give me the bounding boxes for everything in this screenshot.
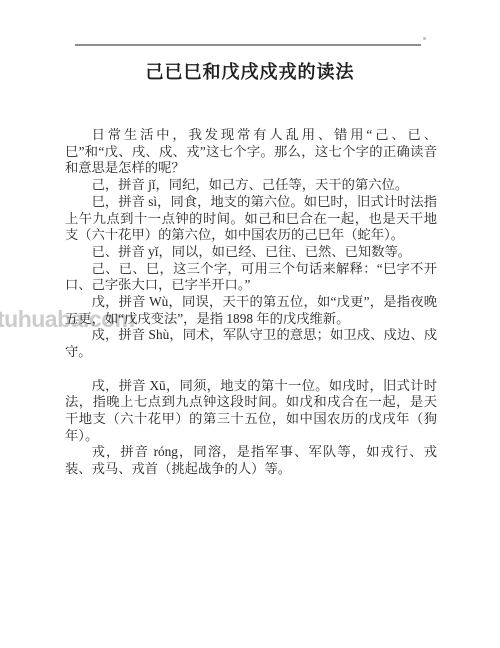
paragraph-intro: 日常生活中，我发现常有人乱用、错用“己、已、巳”和“戊、戌、戍、戎”这七个字。那… [65, 127, 437, 177]
paragraph-ji: 己，拼音 jǐ，同纪，如己方、己任等，天干的第六位。 [65, 177, 437, 194]
page-title: 己已巳和戊戌戍戎的读法 [0, 58, 500, 84]
paragraph-yi: 已、拼音 yǐ，同以，如已经、已往、已然、已知数等。 [65, 244, 437, 261]
paragraph-rong: 戎，拼音 róng，同溶，是指军事、军队等，如戎行、戎装、戎马、戎首（挑起战争的… [65, 444, 437, 477]
paragraph-xu: 戌，拼音 Xū，同须，地支的第十一位。如戌时，旧式计时法，指晚上七点到九点钟这段… [65, 378, 437, 445]
title-divider [75, 44, 421, 46]
paragraph-si: 巳，拼音 sì，同食，地支的第六位。如巳时，旧式计时法指上午九点到十一点钟的时间… [65, 194, 437, 244]
paragraph-wu: 戊，拼音 Wù，同误，天干的第五位，如“戊更”，是指夜晚五更，如“戊戌变法”，是… [65, 294, 437, 327]
document-body: 日常生活中，我发现常有人乱用、错用“己、已、巳”和“戊、戌、戍、戎”这七个字。那… [65, 127, 437, 478]
paragraph-shu: 戍，拼音 Shù，同术，军队守卫的意思；如卫戍、戍边、戍守。 [65, 327, 437, 360]
document-page: 己已巳和戊戌戍戎的读法 tuhuaba.com 日常生活中，我发现常有人乱用、错… [0, 0, 500, 648]
corner-mark [423, 37, 426, 40]
paragraph-summary: 己、已、巳，这三个字，可用三个句话来解释：“巳字不开口、己字张大口，已字半开口。… [65, 261, 437, 294]
